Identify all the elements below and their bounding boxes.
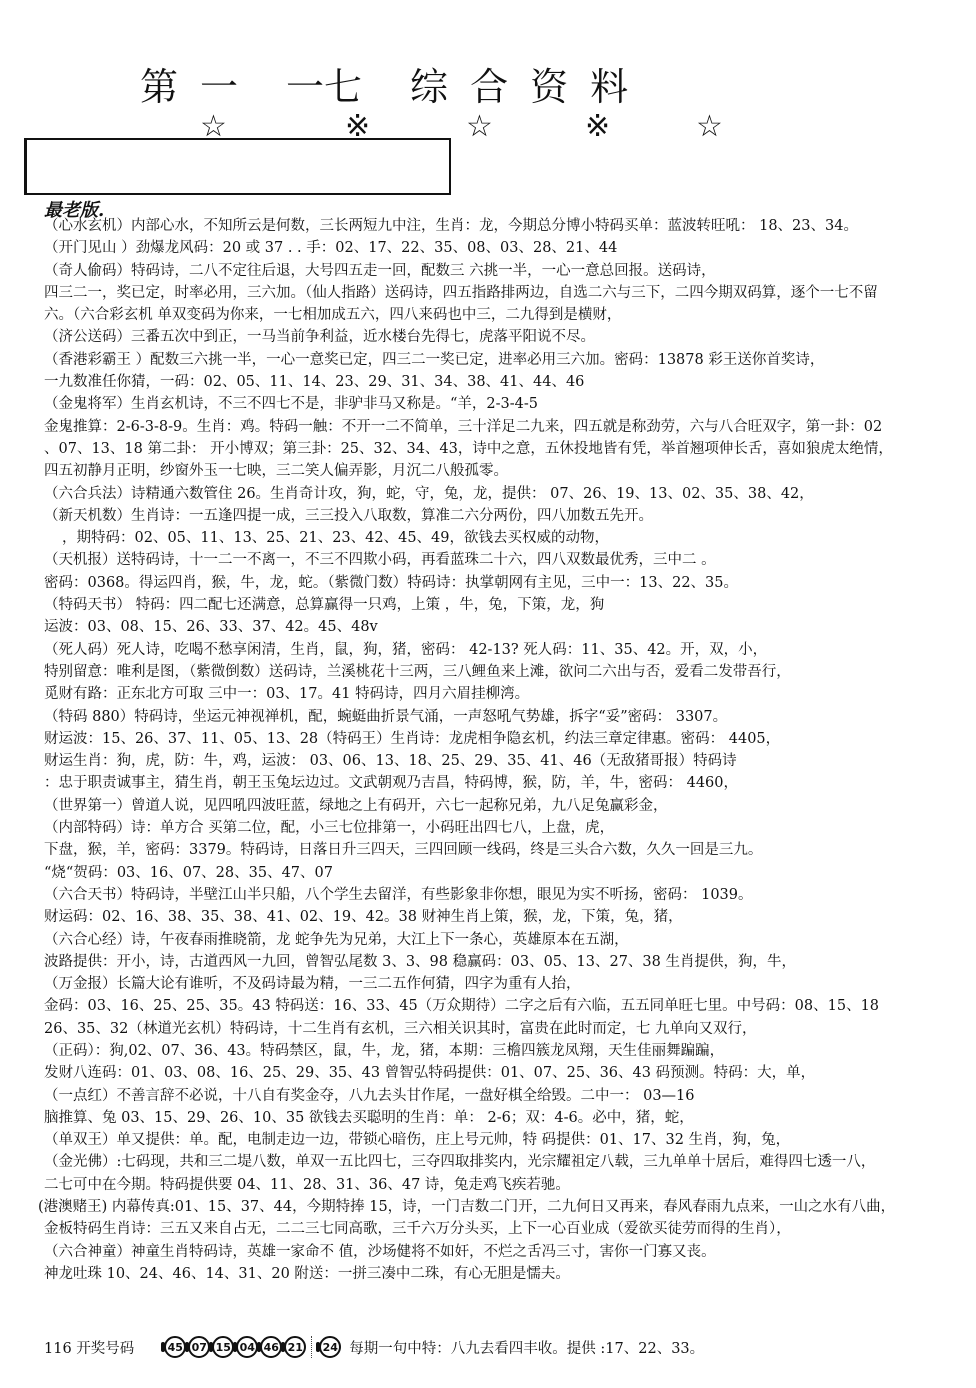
text-line: （内部特码）诗：单方合 买第二位，配，小三七位排第一，小码旺出四七八，上盘，虎， xyxy=(44,817,976,839)
text-line: （金鬼将军）生肖玄机诗，不三不四七不是，非驴非马又称是。“羊，2-3-4-5 xyxy=(44,393,976,415)
text-line: 下盘，猴，羊，密码：3379。特码诗，日落日升三四天，三四回顾一线码，终是三头合… xyxy=(44,839,976,861)
text-line: （心水玄机）内部心水，不知所云是何数，三长两短九中注，生肖：龙，今期总分博小特码… xyxy=(44,215,976,237)
star-icon: ☆ xyxy=(696,112,723,142)
text-line: （天机报）送特码诗，十一二一不离一，不三不四欺小码，再看蓝珠二十六，四八双数最优… xyxy=(44,549,976,571)
text-line: （六合心经）诗，午夜春雨推晓箭，龙 蛇争先为兄弟，大江上下一条心，英雄原本在五湖… xyxy=(44,929,976,951)
draw-tail-text: 每期一句中特：八九去看四丰收。提供 :17、22、33。 xyxy=(349,1337,704,1358)
title-char: 一 xyxy=(200,56,238,111)
text-line: “烧“贺码：03、16、07、28、35、47、07 xyxy=(44,862,976,884)
text-line: （金光佛）:七码现，共和三二堤八数，单双一五比四七，三夺四取排奖内，光宗耀祖定八… xyxy=(44,1151,976,1173)
text-line: （万金报）长篇大论有谁听，不及码诗最为精，一三二五作何猜，四字为重有人抬， xyxy=(44,973,976,995)
title-char: 合 xyxy=(470,56,508,111)
text-line: （特码 880）特码诗，坐运元神视禅机，配，蜿蜓曲折景气涌，一声怒吼气势雄，拆字… xyxy=(44,706,976,728)
text-line: （世界第一）曾道人说，见四吼四波旺蓝，绿地之上有码开，六七一起称兄弟，九八足兔赢… xyxy=(44,795,976,817)
text-line: 一九数准任你猜，一码：02、05、11、14、23、29、31、34、38、41… xyxy=(44,371,976,393)
text-line: （死人码）死人诗，吃喝不愁享闲清，生肖，鼠，狗，猪，密码： 42-13? 死人码… xyxy=(44,639,976,661)
text-line: 财运生肖：狗，虎，防：牛，鸡，运波： 03、06、13、18、25、29、35、… xyxy=(44,750,976,772)
number-ball: 21 xyxy=(284,1336,306,1358)
title-char: 第 xyxy=(140,56,178,111)
text-line: (港澳赌王) 内幕传真:01、15、37、44，今期特捧 15，诗，一门吉数二门… xyxy=(38,1196,976,1218)
text-line: 波路提供：开小，诗，古道西风一九回，曾智弘尾数 3、3、98 稳赢码：03、05… xyxy=(44,951,976,973)
text-line: （香港彩霸王 ）配数三六挑一半，一心一意奖已定，四三二一奖已定，进率必用三六加。… xyxy=(44,349,976,371)
title-char: 资 xyxy=(530,56,568,111)
text-line: 26、35、32（林道光玄机）特码诗，十二生肖有玄机，三六相关识其时，富贵在此时… xyxy=(44,1018,976,1040)
text-line: ：忠于职责诚事主，猜生肖，朝王玉兔坛边过。文武朝观乃吉昌，特码博，猴，防，羊，牛… xyxy=(44,772,976,794)
text-line: 六。（六合彩玄机 单双变码为你来，一七相加成五六，四八来码也中三，二九得到是横财… xyxy=(44,304,976,326)
title-char: 一七 xyxy=(286,56,362,111)
number-ball: 04 xyxy=(236,1336,258,1358)
content-body: （心水玄机）内部心水，不知所云是何数，三长两短九中注，生肖：龙，今期总分博小特码… xyxy=(44,215,976,1285)
number-ball: 45 xyxy=(164,1336,186,1358)
text-line: （六合兵法）诗精通六数管住 26。生肖奇计攻，狗，蛇，守，兔，龙，提供： 07、… xyxy=(44,483,976,505)
text-line: 觅财有路：正东北方可取 三中一：03、17。41 特码诗，四月六眉挂柳湾。 xyxy=(44,683,976,705)
draw-results-row: 116 开奖号码 45 07 15 04 46 21 24 每期一句中特：八九去… xyxy=(44,1335,704,1359)
text-line: 特别留意：唯利是图，（紫微倒数）送码诗，兰溪桃花十三两，三八鲤鱼来上滩，欲问二六… xyxy=(44,661,976,683)
text-line: （开门见山 ）劲爆龙风码：20 或 37 . . 手：02、17、22、35、0… xyxy=(44,237,976,259)
text-line: 、07、13、18 第二卦： 开小博双；第三卦：25、32、34、43，诗中之意… xyxy=(44,438,976,460)
text-line: 脑推算、兔 03、15、29、26、10、35 欲钱去买聪明的生肖：单： 2-6… xyxy=(44,1107,976,1129)
page-title: 第一一七综合资料 xyxy=(140,56,650,111)
text-line: 神龙吐珠 10、24、46、14、31、20 附送：一拼三凑中二珠，有心无胆是懦… xyxy=(44,1263,976,1285)
text-line: 金鬼推算：2-6-3-8-9。生肖：鸡。特码一触：不开一二不简单，三十洋足二九来… xyxy=(44,416,976,438)
number-ball: 46 xyxy=(260,1336,282,1358)
text-line: 二七可中在今期。特码提供要 04、11、28、31、36、47 诗，兔走鸡飞疾若… xyxy=(44,1174,976,1196)
text-line: 四三二一，奖已定，时率必用，三六加。（仙人指路）送码诗，四五指路排两边，自选二六… xyxy=(44,282,976,304)
title-char: 综 xyxy=(410,56,448,111)
star-icon: ☆ xyxy=(466,112,493,142)
text-line: ，期特码：02、05、11、13、25、21、23、42、45、49，欲钱去买权… xyxy=(44,527,976,549)
text-line: （新天机数）生肖诗：一五逢四提一成，三三投入八取数，算准二六分两份，四八加数五先… xyxy=(44,505,976,527)
text-line: 财运码：02、16、38、35、38、41、02、19、42。38 财神生肖上策… xyxy=(44,906,976,928)
text-line: （六合神童）神童生肖特码诗，英雄一家命不 值，沙场健将不如奸，不烂之舌冯三寸，害… xyxy=(44,1241,976,1263)
number-ball: 07 xyxy=(188,1336,210,1358)
reference-mark-icon: ※ xyxy=(585,112,610,142)
text-line: （正码）：狗,02、07、36、43。特码禁区，鼠，牛，龙，猪，本期：三檐四簇龙… xyxy=(44,1040,976,1062)
text-line: （一点红）不善言辞不必说，十八自有奖金夺，八九去头甘作尾，一盘好棋全给毁。二中一… xyxy=(44,1085,976,1107)
text-line: 财运波：15、26、37、11、05、13、28（特码王）生肖诗：龙虎相争隐玄机… xyxy=(44,728,976,750)
text-line: 四五初静月正明，纱窗外玉一七映，三二笑人偏弄影，月沉二八般孤零。 xyxy=(44,460,976,482)
banner-blank-10 xyxy=(25,137,450,195)
text-line: 发财八连码：01、03、08、16、25、29、35、43 曾智弘特码提供：01… xyxy=(44,1062,976,1084)
title-char: 料 xyxy=(590,56,628,111)
text-line: （奇人偷码）特码诗，二八不定往后退，大号四五走一回，配数三 六挑一半，一心一意总… xyxy=(44,260,976,282)
draw-label: 116 开奖号码 xyxy=(44,1337,134,1358)
text-line: 金板特码生肖诗：三五又来自占无，二二三七同高歌，三千六万分头买，上下一心百业成（… xyxy=(44,1218,976,1240)
text-line: 金码：03、16、25、25、35。43 特码送：16、33、45（万众期待）二… xyxy=(44,995,976,1017)
text-line: 密码：0368。得运四肖，猴，牛，龙，蛇。（紫微门数）特码诗：执掌朝网有主见，三… xyxy=(44,572,976,594)
text-line: （单双王）单又提供：单。配，电制走边一边，带锁心暗伤，庄上号元帅，特 码提供：0… xyxy=(44,1129,976,1151)
number-ball: 15 xyxy=(212,1336,234,1358)
text-line: （济公送码）三番五次中到正，一马当前争利益，近水楼台先得七，虎落平阳说不尽。 xyxy=(44,326,976,348)
text-line: （六合天书）特码诗，半壁江山半只船，八个学生去留洋，有些影象非你想，眼见为实不听… xyxy=(44,884,976,906)
text-line: 运波：03、08、15、26、33、37、42。45、48v xyxy=(44,616,976,638)
special-number-ball: 24 xyxy=(319,1336,341,1358)
text-line: （特码天书） 特码：四二配七还满意，总算赢得一只鸡，上策 ，牛，兔，下策，龙，狗 xyxy=(44,594,976,616)
